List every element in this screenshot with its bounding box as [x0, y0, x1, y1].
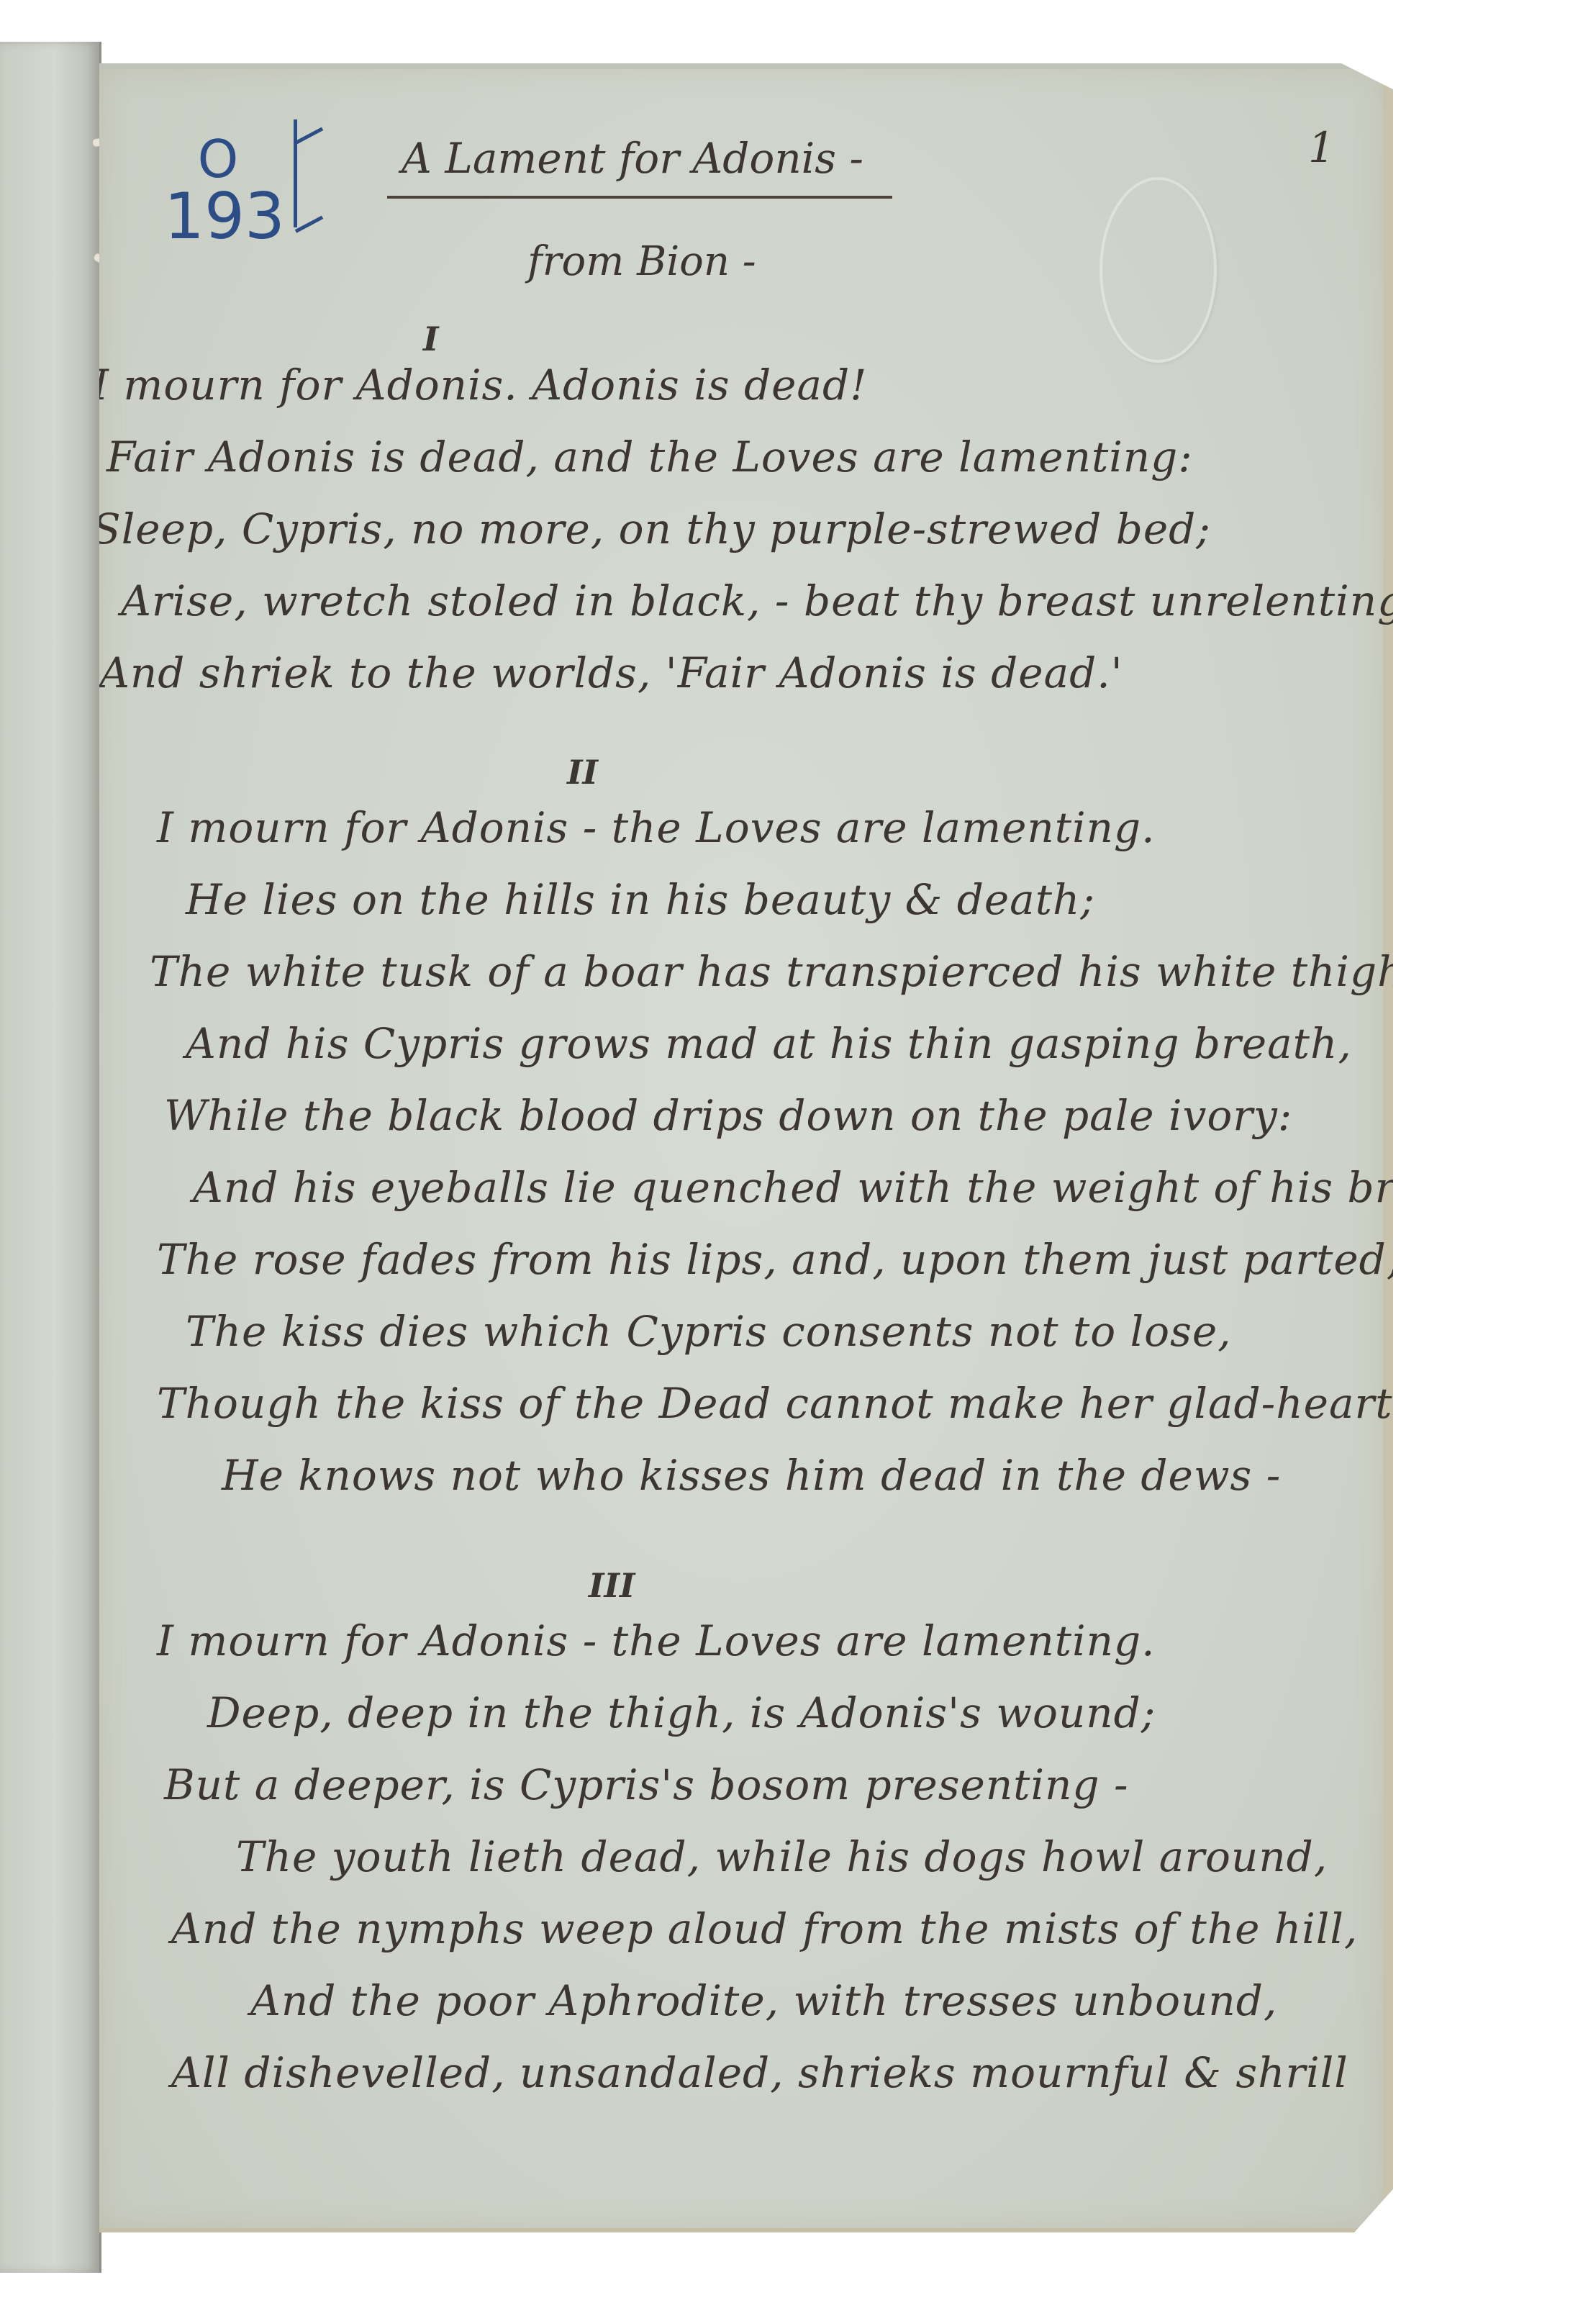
poem-line: And his eyeballs lie quenched with the w…	[193, 1163, 1494, 1212]
folio-number: 1	[1308, 123, 1335, 172]
poem-line: The youth lieth dead, while his dogs how…	[236, 1832, 1328, 1881]
archive-mark: O 193	[164, 134, 272, 249]
poem-line: And his Cypris grows mad at his thin gas…	[186, 1019, 1352, 1068]
poem-line: And shriek to the worlds, 'Fair Adonis i…	[99, 648, 1123, 697]
poem-line: He lies on the hills in his beauty & dea…	[186, 875, 1095, 924]
bracket-mark-icon	[294, 119, 326, 227]
poem-line: Arise, wretch stoled in black, - beat th…	[121, 576, 1419, 625]
poem-line: I mourn for Adonis - the Loves are lamen…	[157, 803, 1156, 852]
archive-circle-mark: O	[164, 134, 272, 184]
poem-line: The rose fades from his lips, and, upon …	[157, 1235, 1400, 1284]
manuscript-page: 1 O 193 A Lament for Adonis - from Bion …	[99, 63, 1393, 2232]
poem-title: A Lament for Adonis -	[387, 134, 892, 199]
poem-subtitle: from Bion -	[527, 238, 756, 285]
poem-line: I mourn for Adonis - the Loves are lamen…	[157, 1616, 1156, 1665]
stanza-number: I	[423, 320, 439, 358]
poem-line: Sleep, Cypris, no more, on thy purple-st…	[92, 505, 1211, 553]
poem-line: Though the kiss of the Dead cannot make …	[157, 1379, 1459, 1428]
poem-line: He knows not who kisses him dead in the …	[222, 1451, 1281, 1500]
stanza-number: II	[567, 753, 598, 792]
stanza-number: III	[589, 1566, 635, 1605]
archive-number: 193	[164, 184, 272, 249]
poem-line: The kiss dies which Cypris consents not …	[186, 1307, 1232, 1356]
poem-line: While the black blood drips down on the …	[164, 1091, 1292, 1140]
poem-line: But a deeper, is Cypris's bosom presenti…	[164, 1760, 1129, 1809]
poem-line: I mourn for Adonis. Adonis is dead!	[92, 361, 867, 410]
poem-line: The white tusk of a boar has transpierce…	[150, 947, 1420, 996]
poem-line: Fair Adonis is dead, and the Loves are l…	[106, 433, 1193, 481]
poem-line: All dishevelled, unsandaled, shrieks mou…	[171, 2048, 1348, 2097]
poem-line: Deep, deep in the thigh, is Adonis's wou…	[207, 1688, 1156, 1737]
poem-line: And the nymphs weep aloud from the mists…	[171, 1904, 1358, 1953]
poem-line: And the poor Aphrodite, with tresses unb…	[250, 1976, 1277, 2025]
embossed-stamp-icon	[1099, 177, 1217, 363]
facing-page-edge	[0, 42, 101, 2273]
